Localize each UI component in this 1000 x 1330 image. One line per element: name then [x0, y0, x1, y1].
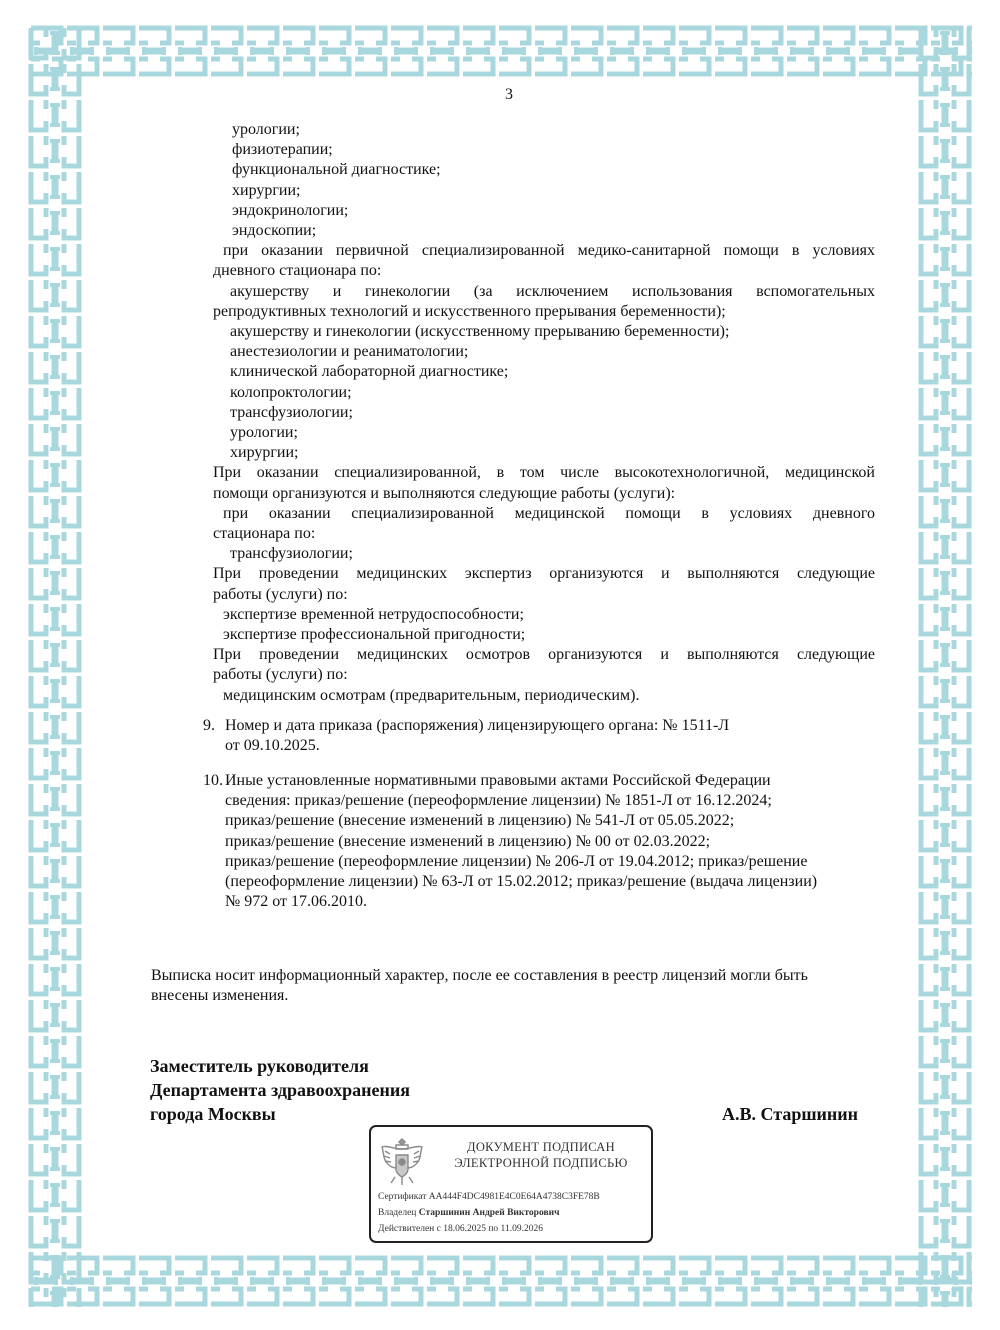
signatory-title-line: Департамента здравоохранения [150, 1078, 410, 1102]
item-line: № 972 от 17.06.2010. [203, 892, 883, 912]
services-line: акушерству и гинекологии (искусственному… [213, 322, 875, 342]
services-line: эндоскопии; [213, 221, 875, 241]
decorative-border-bottom [28, 1255, 972, 1307]
coat-of-arms-icon [379, 1135, 425, 1187]
services-list: урологии;физиотерапии;функциональной диа… [213, 120, 875, 706]
item-line: (переоформление лицензии) № 63-Л от 15.0… [203, 872, 883, 892]
note-line: внесены изменения. [151, 986, 881, 1006]
services-line: хирургии; [213, 181, 875, 201]
services-line: работы (услуги) по: [213, 665, 875, 685]
item-line: приказ/решение (внесение изменений в лиц… [203, 811, 883, 831]
services-line: дневного стационара по: [213, 261, 875, 281]
services-line: при оказании первичной специализированно… [213, 241, 875, 261]
signatory-title: Заместитель руководителя Департамента зд… [150, 1054, 410, 1126]
certificate-line: Сертификат AA444F4DC4981E4C0E64A4738C3FE… [378, 1191, 600, 1203]
item-line: от 09.10.2025. [203, 736, 883, 756]
services-line: клинической лабораторной диагностике; [213, 362, 875, 382]
electronic-signature-stamp: ДОКУМЕНТ ПОДПИСАН ЭЛЕКТРОННОЙ ПОДПИСЬЮ С… [369, 1125, 653, 1243]
services-line: экспертизе профессиональной пригодности; [213, 625, 875, 645]
services-line: При оказании специализированной, в том ч… [213, 463, 875, 483]
item-line: приказ/решение (переоформление лицензии)… [203, 852, 883, 872]
services-line: колопроктологии; [213, 383, 875, 403]
signatory-title-line: Заместитель руководителя [150, 1054, 410, 1078]
certificate-label: Сертификат [378, 1192, 426, 1202]
item-9-order-number: 9. Номер и дата приказа (распоряжения) л… [203, 716, 883, 756]
stamp-heading-line: ДОКУМЕНТ ПОДПИСАН [441, 1139, 641, 1155]
note-line: Выписка носит информационный характер, п… [151, 966, 881, 986]
services-line: при оказании специализированной медицинс… [213, 504, 875, 524]
services-line: При проведении медицинских экспертиз орг… [213, 564, 875, 584]
decorative-border-right [918, 25, 972, 1307]
services-line: эндокринологии; [213, 201, 875, 221]
decorative-border-top [28, 25, 972, 77]
item-line: приказ/решение (внесение изменений в лиц… [203, 832, 883, 852]
signatory-title-line: города Москвы [150, 1102, 410, 1126]
page-number: 3 [505, 86, 513, 104]
services-line: физиотерапии; [213, 140, 875, 160]
disclaimer-note: Выписка носит информационный характер, п… [151, 966, 881, 1006]
stamp-heading-line: ЭЛЕКТРОННОЙ ПОДПИСЬЮ [441, 1155, 641, 1171]
services-line: медицинским осмотрам (предварительным, п… [213, 686, 875, 706]
services-line: хирургии; [213, 443, 875, 463]
owner-value: Старшинин Андрей Викторович [419, 1208, 560, 1218]
services-line: функциональной диагностике; [213, 160, 875, 180]
validity-line: Действителен с 18.06.2025 по 11.09.2026 [378, 1223, 543, 1235]
services-line: При проведении медицинских осмотров орга… [213, 645, 875, 665]
signatory-name: А.В. Старшинин [722, 1102, 858, 1126]
certificate-value: AA444F4DC4981E4C0E64A4738C3FE78B [429, 1192, 600, 1202]
item-line: Иные установленные нормативными правовым… [225, 771, 771, 791]
services-line: акушерству и гинекологии (за исключением… [213, 282, 875, 302]
services-line: трансфузиологии; [213, 403, 875, 423]
item-number: 10. [203, 771, 225, 791]
services-line: экспертизе временной нетрудоспособности; [213, 605, 875, 625]
services-line: анестезиологии и реаниматологии; [213, 342, 875, 362]
services-line: урологии; [213, 120, 875, 140]
decorative-border-left [28, 25, 82, 1307]
services-line: работы (услуги) по: [213, 585, 875, 605]
item-number: 9. [203, 716, 225, 736]
services-line: стационара по: [213, 524, 875, 544]
services-line: урологии; [213, 423, 875, 443]
services-line: репродуктивных технологий и искусственно… [213, 302, 875, 322]
services-line: трансфузиологии; [213, 544, 875, 564]
item-line: Номер и дата приказа (распоряжения) лице… [225, 716, 729, 736]
item-10-other-info: 10. Иные установленные нормативными прав… [203, 771, 883, 912]
stamp-heading: ДОКУМЕНТ ПОДПИСАН ЭЛЕКТРОННОЙ ПОДПИСЬЮ [441, 1139, 641, 1171]
item-line: сведения: приказ/решение (переоформление… [203, 791, 883, 811]
services-line: помощи организуются и выполняются следую… [213, 484, 875, 504]
owner-label: Владелец [378, 1208, 416, 1218]
owner-line: Владелец Старшинин Андрей Викторович [378, 1207, 559, 1219]
